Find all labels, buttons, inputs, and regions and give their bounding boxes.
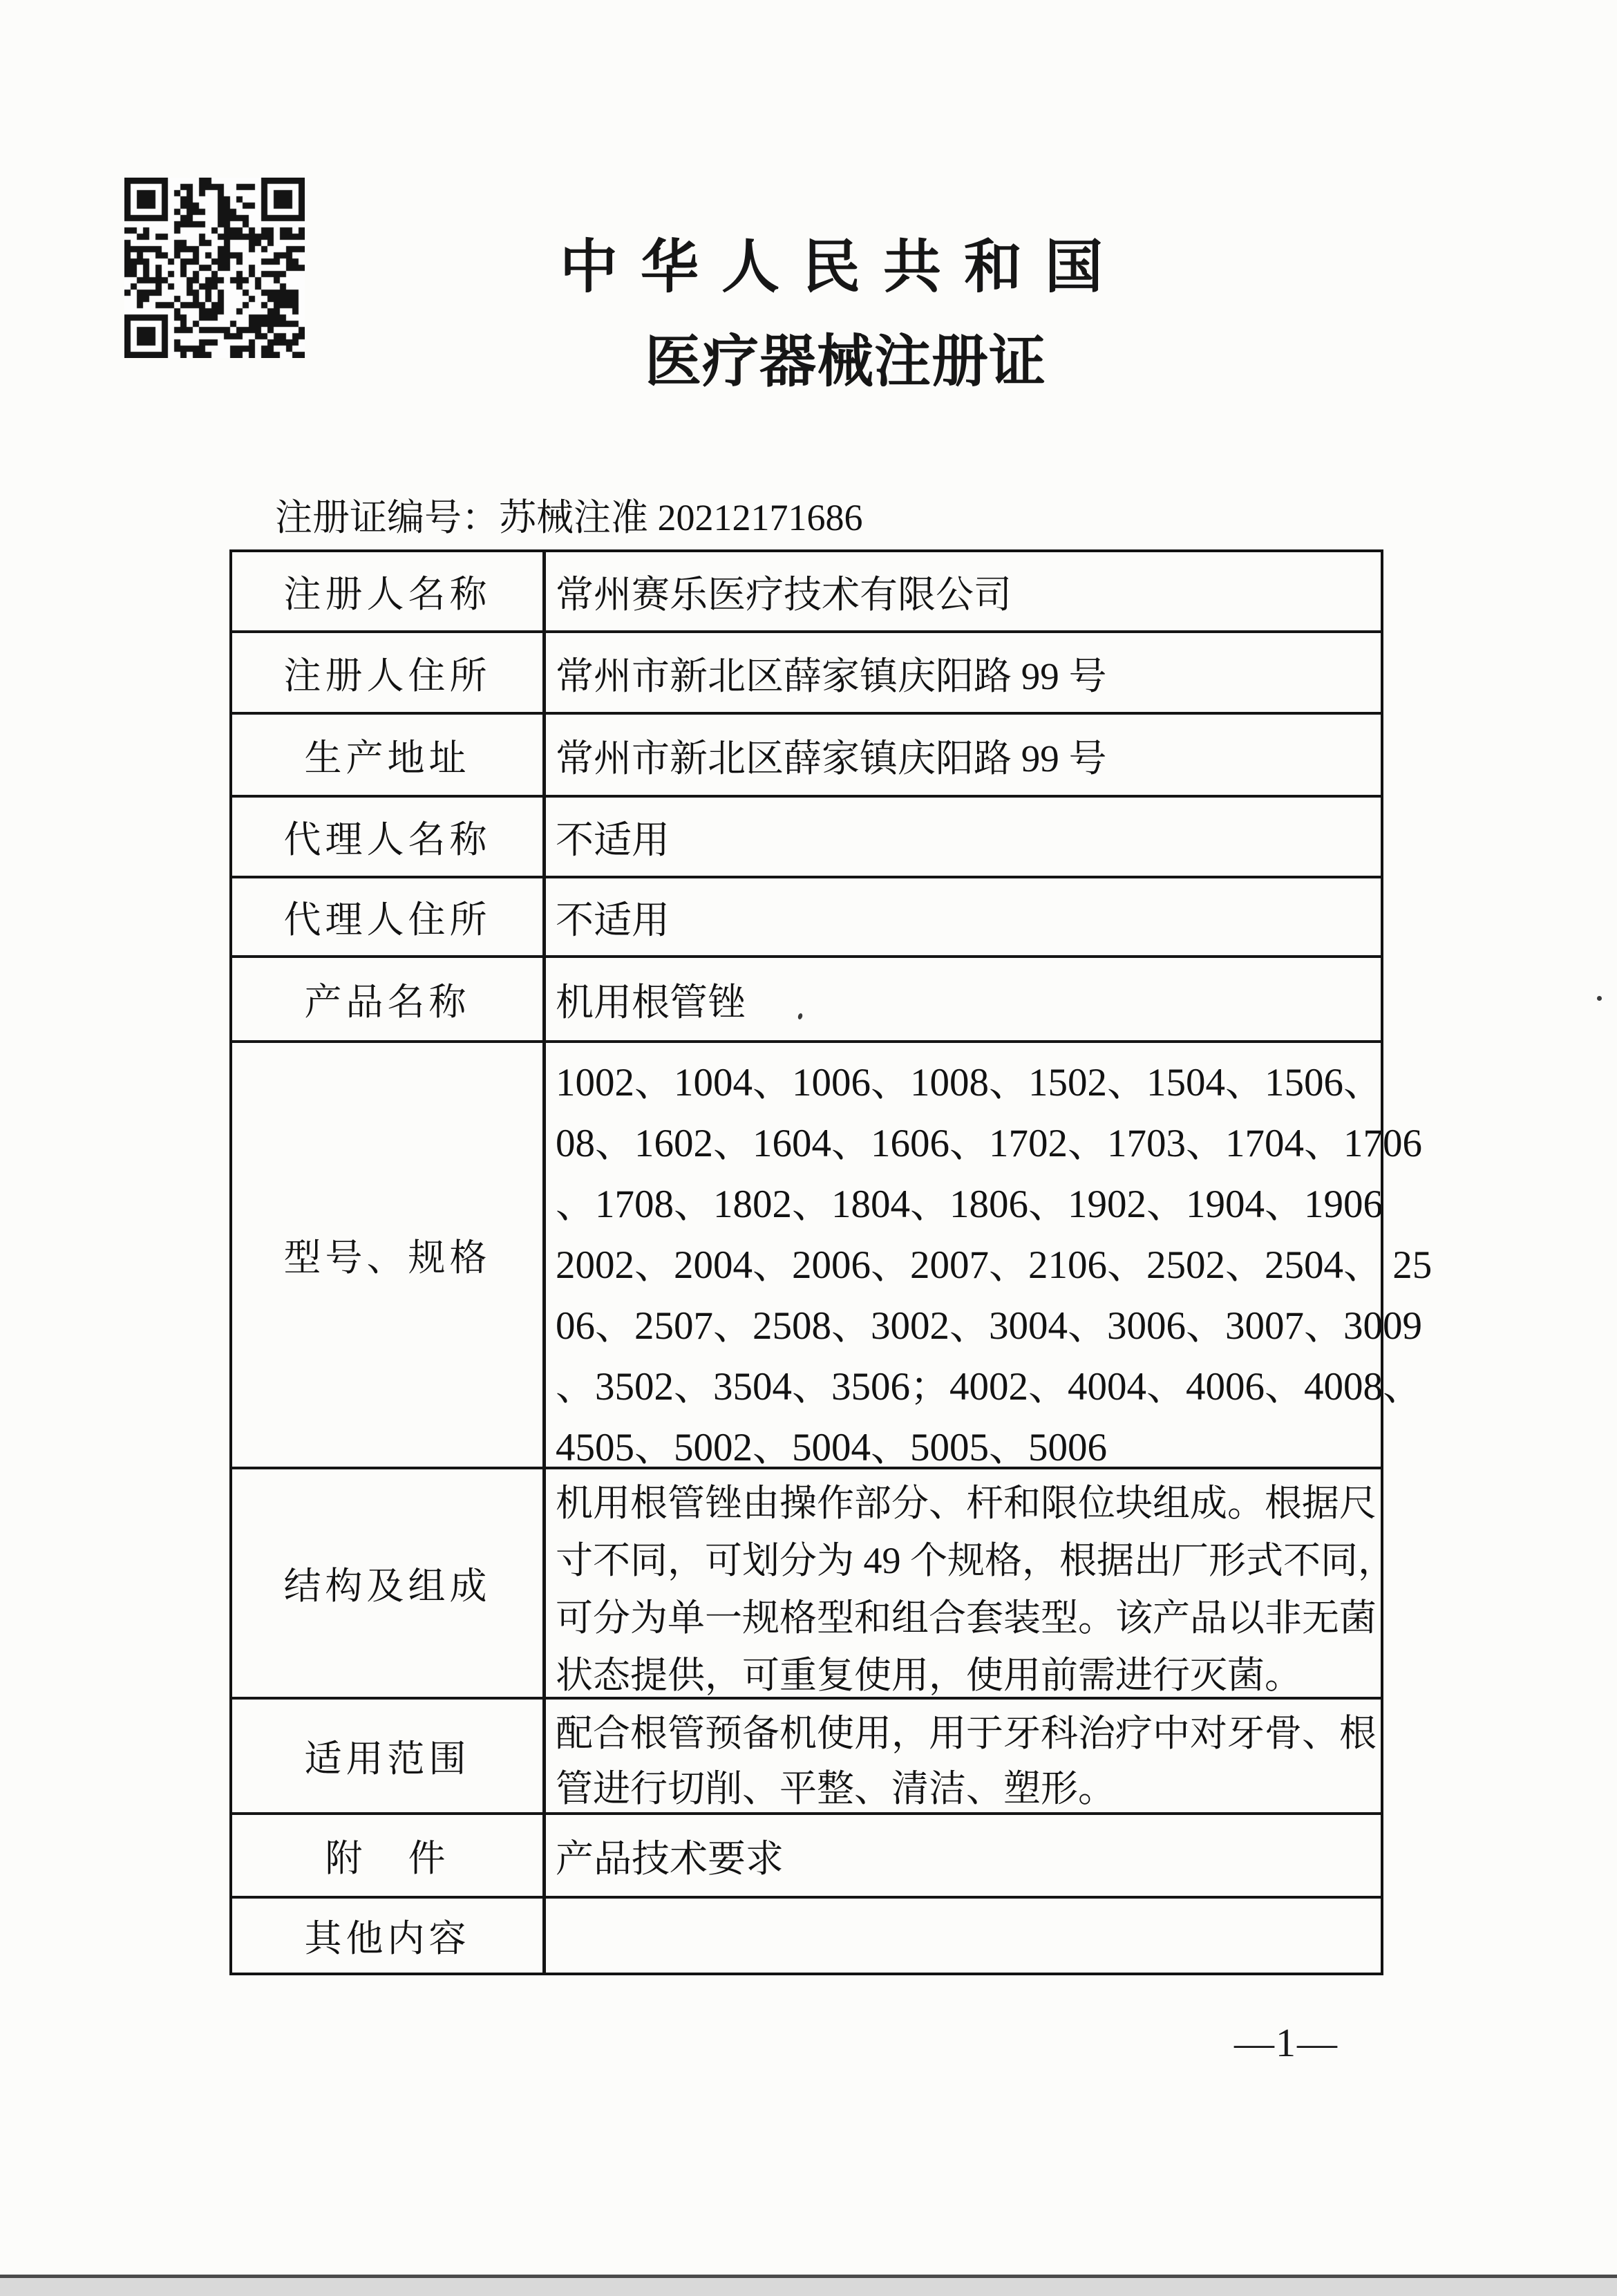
- spec-line: 2002、2004、2006、2007、2106、2502、2504、 25: [556, 1235, 1432, 1296]
- row-label: 生产地址: [232, 715, 546, 795]
- row-label: 适用范围: [232, 1700, 546, 1812]
- row-value: 常州赛乐医疗技术有限公司: [546, 552, 1381, 630]
- row-label: 代理人住所: [232, 878, 546, 955]
- row-value: 机用根管锉由操作部分、杆和限位块组成。根据尺 寸不同，可划分为 49 个规格，根…: [546, 1469, 1395, 1697]
- row-value: 机用根管锉: [546, 958, 1381, 1040]
- certificate-page: 中华人民共和国 医疗器械注册证 注册证编号：苏械注准 20212171686 注…: [0, 0, 1617, 2296]
- row-label: 产品名称: [232, 958, 546, 1040]
- row-label: 注册人名称: [232, 552, 546, 630]
- registration-number-label: 注册证编号：: [275, 497, 499, 538]
- row-value: 配合根管预备机使用，用于牙科治疗中对牙骨、根 管进行切削、平整、清洁、塑形。: [546, 1700, 1381, 1812]
- row-value: 产品技术要求: [546, 1815, 1381, 1896]
- table-row-production-address: 生产地址 常州市新北区薛家镇庆阳路 99 号: [232, 712, 1381, 795]
- table-row-structure: 结构及组成 机用根管锉由操作部分、杆和限位块组成。根据尺 寸不同，可划分为 49…: [232, 1467, 1381, 1697]
- table-row-registrant-address: 注册人住所 常州市新北区薛家镇庆阳路 99 号: [232, 630, 1381, 712]
- row-label: 结构及组成: [232, 1469, 546, 1697]
- scope-line: 配合根管预备机使用，用于牙科治疗中对牙骨、根: [556, 1706, 1381, 1761]
- row-label: 注册人住所: [232, 633, 546, 712]
- page-number: —1—: [1234, 2020, 1339, 2066]
- structure-line: 寸不同，可划分为 49 个规格，根据出厂形式不同，: [556, 1532, 1395, 1590]
- page-title: 中华人民共和国: [560, 235, 1126, 299]
- row-value: 1002、1004、1006、1008、1502、1504、1506、 08、1…: [546, 1043, 1432, 1467]
- certificate-table: 注册人名称 常州赛乐医疗技术有限公司 注册人住所 常州市新北区薛家镇庆阳路 99…: [229, 549, 1383, 1975]
- table-row-attachment: 附 件 产品技术要求: [232, 1812, 1381, 1896]
- table-row-model-specs: 型号、规格 1002、1004、1006、1008、1502、1504、1506…: [232, 1040, 1381, 1467]
- registration-number-line: 注册证编号：苏械注准 20212171686: [275, 496, 863, 539]
- structure-line: 状态提供，可重复使用，使用前需进行灭菌。: [556, 1647, 1395, 1704]
- registration-number-value: 苏械注准 20212171686: [499, 497, 863, 538]
- structure-line: 可分为单一规格型和组合套装型。该产品以非无菌: [556, 1590, 1395, 1647]
- table-row-product-name: 产品名称 机用根管锉: [232, 955, 1381, 1040]
- scan-bottom-edge: [0, 2275, 1617, 2296]
- qr-code-icon: [124, 178, 305, 358]
- spec-line: 08、1602、1604、1606、1702、1703、1704、1706: [556, 1113, 1432, 1174]
- row-label: 附 件: [232, 1815, 546, 1896]
- row-value: 不适用: [546, 798, 1381, 876]
- table-row-agent-name: 代理人名称 不适用: [232, 795, 1381, 876]
- row-value: 常州市新北区薛家镇庆阳路 99 号: [546, 715, 1381, 795]
- scope-line: 管进行切削、平整、清洁、塑形。: [556, 1761, 1381, 1816]
- spec-line: 06、2507、2508、3002、3004、3006、3007、3009: [556, 1296, 1432, 1357]
- row-label: 型号、规格: [232, 1043, 546, 1467]
- table-row-scope: 适用范围 配合根管预备机使用，用于牙科治疗中对牙骨、根 管进行切削、平整、清洁、…: [232, 1697, 1381, 1812]
- spec-line: 、3502、3504、3506；4002、4004、4006、4008、: [556, 1357, 1432, 1418]
- table-row-agent-address: 代理人住所 不适用: [232, 876, 1381, 955]
- row-value: [546, 1899, 1381, 1973]
- row-value: 不适用: [546, 878, 1381, 955]
- row-value: 常州市新北区薛家镇庆阳路 99 号: [546, 633, 1381, 712]
- page-subtitle: 医疗器械注册证: [645, 330, 1046, 394]
- structure-line: 机用根管锉由操作部分、杆和限位块组成。根据尺: [556, 1475, 1395, 1532]
- spec-line: 1002、1004、1006、1008、1502、1504、1506、: [556, 1053, 1432, 1113]
- scan-artifact-dot: [1597, 996, 1602, 1001]
- table-row-registrant-name: 注册人名称 常州赛乐医疗技术有限公司: [232, 552, 1381, 630]
- row-label: 代理人名称: [232, 798, 546, 876]
- row-label: 其他内容: [232, 1899, 546, 1973]
- spec-line: 、1708、1802、1804、1806、1902、1904、1906: [556, 1174, 1432, 1235]
- table-row-other: 其他内容: [232, 1896, 1381, 1973]
